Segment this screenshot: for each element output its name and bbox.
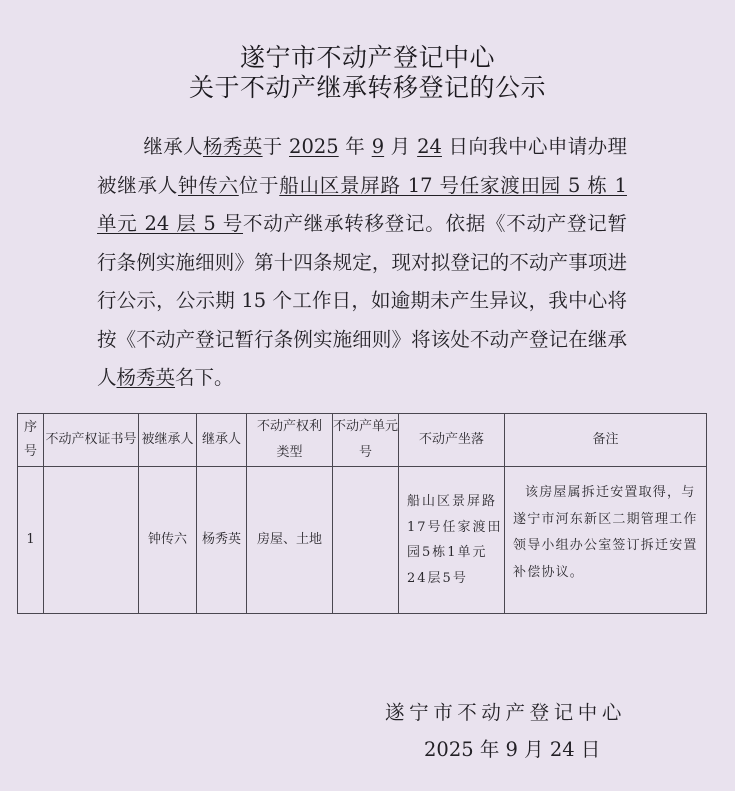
table-header-row: 序号 不动产权证书号 被继承人 继承人 不动产权利类型 不动产单元号 不动产坐落… (18, 414, 707, 467)
cell-note: 该房屋属拆迁安置取得，与遂宁市河东新区二期管理工作领导小组办公室签订拆迁安置补偿… (505, 467, 707, 614)
note-text: 该房屋属拆迁安置取得，与遂宁市河东新区二期管理工作领导小组办公室签订拆迁安置补偿… (513, 485, 698, 580)
cell-decedent: 钟传六 (139, 467, 197, 614)
cell-location: 船山区景屏路17号任家渡田园5栋1单元24层5号 (399, 467, 505, 614)
application-month: 9 (372, 135, 384, 158)
signature-organization: 遂宁市不动产登记中心 (385, 697, 626, 725)
body-text: 继承人 (143, 135, 203, 158)
cell-unit-no (333, 467, 399, 614)
body-text: 不动产继承转移登记。依据《不动产登记暂行条例实施细则》第十四条规定，现对拟登记的… (97, 212, 627, 389)
heir-name: 杨秀英 (203, 135, 263, 158)
application-year: 2025 (289, 135, 339, 158)
header-decedent: 被继承人 (139, 414, 197, 467)
table-row: 1 钟传六 杨秀英 房屋、土地 船山区景屏路17号任家渡田园5栋1单元24层5号… (18, 467, 707, 614)
header-note: 备注 (505, 414, 707, 467)
cell-seq: 1 (18, 467, 44, 614)
cell-right-type: 房屋、土地 (247, 467, 333, 614)
property-info-table: 序号 不动产权证书号 被继承人 继承人 不动产权利类型 不动产单元号 不动产坐落… (17, 413, 707, 614)
header-unit-no: 不动产单元号 (333, 414, 399, 467)
notice-body-paragraph: 继承人杨秀英于 2025 年 9 月 24 日向我中心申请办理被继承人钟传六位于… (97, 128, 627, 398)
header-cert-no: 不动产权证书号 (44, 414, 139, 467)
body-text: 于 (263, 135, 289, 158)
body-text: 位于 (239, 174, 280, 197)
document-title-line-2: 关于不动产继承转移登记的公示 (0, 68, 735, 104)
body-text: 年 (339, 135, 372, 158)
body-text: 月 (384, 135, 417, 158)
heir-name-repeat: 杨秀英 (117, 366, 176, 389)
body-text: 名下。 (175, 366, 234, 389)
cell-cert-no (44, 467, 139, 614)
header-seq: 序号 (18, 414, 44, 467)
signature-date: 2025 年 9 月 24 日 (424, 734, 600, 762)
cell-heir: 杨秀英 (197, 467, 247, 614)
header-right-type: 不动产权利类型 (247, 414, 333, 467)
decedent-name: 钟传六 (178, 174, 239, 197)
header-heir: 继承人 (197, 414, 247, 467)
header-location: 不动产坐落 (399, 414, 505, 467)
application-day: 24 (417, 135, 442, 158)
